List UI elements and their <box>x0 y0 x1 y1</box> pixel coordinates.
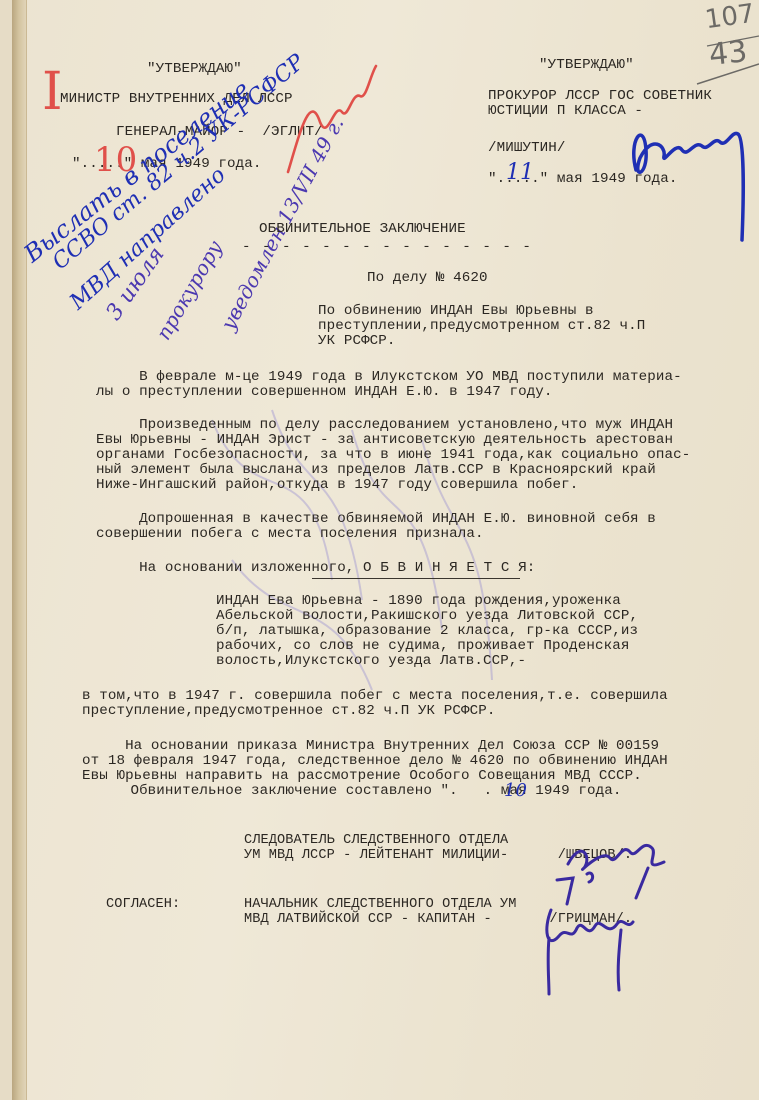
approval-right-line3: /МИШУТИН/ <box>488 141 566 156</box>
charge-line1: в том,что в 1947 г. совершила побег с ме… <box>82 689 668 704</box>
investigator-line1: СЛЕДОВАТЕЛЬ СЛЕДСТВЕННОГО ОТДЕЛА <box>244 833 508 848</box>
document-title: ОБВИНИТЕЛЬНОЕ ЗАКЛЮЧЕНИЕ <box>259 222 466 237</box>
para2-line2: Евы Юрьевны - ИНДАН Эрист - за антисовет… <box>96 433 673 448</box>
approval-right-handwritten-day: 11 <box>506 160 534 185</box>
conclusion-lead: На основании изложенного, О Б В И Н Я Е … <box>96 561 535 576</box>
chief-signature-icon <box>537 870 647 1000</box>
accused-line1: ИНДАН Ева Юрьевна - 1890 года рождения,у… <box>216 594 621 609</box>
order-line3: Евы Юрьевны направить на рассмотрение Ос… <box>82 769 642 784</box>
prosecutor-signature-icon <box>622 110 759 250</box>
pencil-strike-icon <box>697 20 759 90</box>
title-dashes: - - - - - - - - - - - - - - - <box>242 240 532 255</box>
approval-right-heading: "УТВЕРЖДАЮ" <box>539 58 634 73</box>
margin-red-mark: I <box>42 62 63 122</box>
charge-summary-line1: По обвинению ИНДАН Евы Юрьевны в <box>318 304 594 319</box>
charge-line2: преступление,предусмотренное ст.82 ч.П У… <box>82 704 495 719</box>
accused-line4: рабочих, со слов не судима, проживает Пр… <box>216 639 629 654</box>
case-number: По делу № 4620 <box>367 271 488 286</box>
compiled-handwritten-day: 10 <box>504 780 527 801</box>
approval-right-line1: ПРОКУРОР ЛССР ГОС СОВЕТНИК <box>488 89 712 104</box>
accused-line5: волость,Илукстского уезда Латв.ССР,- <box>216 654 526 669</box>
conclusion-underline <box>312 578 520 579</box>
para3-line1: Допрошенная в качестве обвиняемой ИНДАН … <box>96 512 656 527</box>
para1-line2: лы о преступлении совершенном ИНДАН Е.Ю.… <box>96 385 553 400</box>
document-page: 107 43 "УТВЕРЖДАЮ" МИНИСТР ВНУТРЕННИХ ДЕ… <box>12 0 759 1100</box>
accused-line3: б/п, латышка, образование 2 класса, гр-к… <box>216 624 638 639</box>
para2-line5: Ниже-Ингашский район,откуда в 1947 году … <box>96 478 578 493</box>
order-line1: На основании приказа Министра Внутренних… <box>82 739 659 754</box>
para2-line4: ный элемент была выслана из пределов Лат… <box>96 463 656 478</box>
order-line2: от 18 февраля 1947 года, следственное де… <box>82 754 668 769</box>
agreed-label: СОГЛАСЕН: <box>106 897 180 912</box>
para2-line1: Произведенным по делу расследованием уст… <box>96 418 673 433</box>
para3-line2: совершении побега с места поселения приз… <box>96 527 484 542</box>
approval-right-line2: ЮСТИЦИИ П КЛАССА - <box>488 104 643 119</box>
accused-line2: Абельской волости,Ракишского уезда Литов… <box>216 609 638 624</box>
compiled-line: Обвинительное заключение составлено ". .… <box>96 784 621 799</box>
approval-left-heading: "УТВЕРЖДАЮ" <box>147 62 242 77</box>
chief-line1: НАЧАЛЬНИК СЛЕДСТВЕННОГО ОТДЕЛА УМ <box>244 897 517 912</box>
charge-summary-line3: УК РСФСР. <box>318 334 396 349</box>
charge-summary-line2: преступлении,предусмотренном ст.82 ч.П <box>318 319 645 334</box>
binding-edge <box>12 0 27 1100</box>
para2-line3: органами Госбезопасности, за что в июне … <box>96 448 690 463</box>
para1-line1: В феврале м-це 1949 года в Илукстском УО… <box>96 370 682 385</box>
